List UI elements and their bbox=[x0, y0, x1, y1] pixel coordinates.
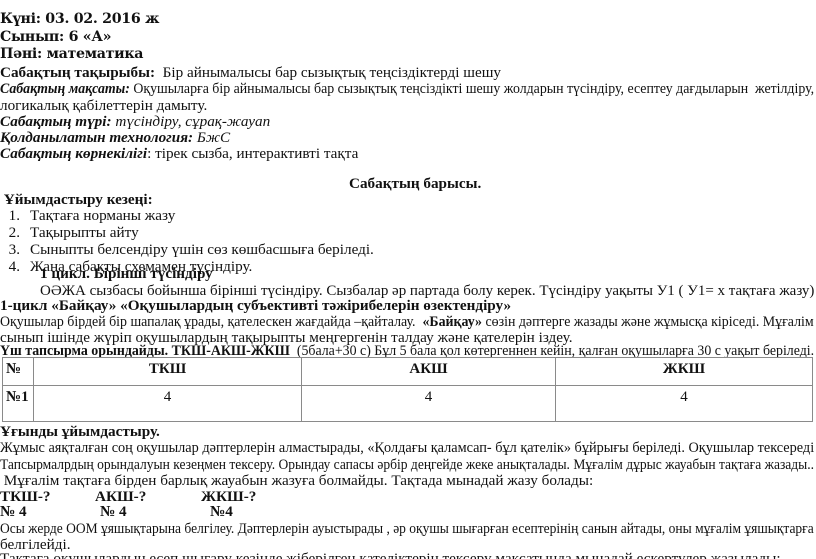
header-cell-zhksh: ЖКШ bbox=[556, 358, 813, 386]
tech-value: БжС bbox=[193, 129, 230, 146]
visual-line: Сабақтың көрнекілігі: тірек сызба, интер… bbox=[0, 145, 358, 162]
org-stage-title: Ұйымдастыру кезеңі: bbox=[0, 191, 153, 208]
tech-label: Қолданылатын технология: bbox=[0, 129, 193, 146]
observe-text: Оқушылар бірдей бір шапалақ ұрады, қател… bbox=[0, 313, 814, 330]
review-title: Ұғынды ұйымдастыру. bbox=[0, 423, 160, 440]
review-p4: Осы жерде ООМ ұяшықтарына белгілеу. Дәпт… bbox=[0, 520, 814, 537]
zhksh-cell: 4 bbox=[556, 386, 813, 422]
goal-value: Оқушыларға бір айнымалысы бар сызықтық т… bbox=[130, 80, 814, 97]
type-value: түсіндіру, сұрақ-жауап bbox=[112, 113, 271, 130]
cycle1-title: 1 цикл. Бірінші түсіндіру bbox=[40, 265, 213, 282]
topic-line: Сабақтың тақырыбы: Бір айнымалысы бар сы… bbox=[0, 64, 501, 81]
date-line: Күні: 03. 02. 2016 ж bbox=[0, 11, 159, 28]
goal-line: Сабақтың мақсаты: Оқушыларға бір айнымал… bbox=[0, 80, 814, 97]
observe-title: 1-цикл «Байқау» «Оқушылардың субъективті… bbox=[0, 297, 511, 314]
review-p3: Мұғалім тақтаға бірден барлық жауабын жа… bbox=[0, 472, 593, 489]
review-p5: Тақтаға оқушылардың есеп шығару кезінде … bbox=[0, 550, 781, 559]
goal-label: Сабақтың мақсаты: bbox=[0, 80, 130, 97]
visual-label: Сабақтың көрнекілігі bbox=[0, 145, 147, 162]
table-header-row: № ТКШ АКШ ЖКШ bbox=[3, 358, 813, 386]
step-text: Сыныпты белсендіру үшін сөз көшбасшыға б… bbox=[30, 241, 374, 258]
observe-text-a: Оқушылар бірдей бір шапалақ ұрады, қател… bbox=[0, 313, 422, 330]
lesson-heading: Сабақтың барысы. bbox=[349, 175, 481, 192]
topic-label: Сабақтың тақырыбы: bbox=[0, 64, 155, 81]
board-value-aksh: № 4 bbox=[100, 503, 127, 520]
row-number-cell: №1 bbox=[3, 386, 34, 422]
step-number: 3. bbox=[0, 241, 20, 258]
step-text: Тақтаға норманы жазу bbox=[30, 207, 175, 224]
topic-value: Бір айнымалысы бар сызықтық теңсіздіктер… bbox=[155, 64, 501, 81]
review-p1: Жұмыс аяқталған соң оқушылар дәптерлерін… bbox=[0, 439, 814, 456]
tech-line: Қолданылатын технология: БжС bbox=[0, 129, 230, 146]
step-text: Тақырыпты айту bbox=[30, 224, 139, 241]
board-value-tksh: № 4 bbox=[0, 503, 27, 520]
observe-text-b: сөзін дәптерге жазады және жұмысқа кіріс… bbox=[482, 313, 814, 330]
step-item: 1.Тақтаға норманы жазу bbox=[0, 207, 175, 224]
header-cell-number: № bbox=[3, 358, 34, 386]
board-value-zhksh: №4 bbox=[210, 503, 233, 520]
subject-line: Пәні: математика bbox=[0, 46, 143, 63]
tasks-table: № ТКШ АКШ ЖКШ №1 4 4 4 bbox=[2, 357, 813, 422]
step-item: 3.Сыныпты белсендіру үшін сөз көшбасшыға… bbox=[0, 241, 374, 258]
type-line: Сабақтың түрі: түсіндіру, сұрақ-жауап bbox=[0, 113, 270, 130]
aksh-cell: 4 bbox=[302, 386, 556, 422]
class-line: Сынып: 6 «А» bbox=[0, 29, 111, 46]
type-label: Сабақтың түрі: bbox=[0, 113, 112, 130]
visual-value: : тірек сызба, интерактивті тақта bbox=[147, 145, 358, 162]
step-number: 1. bbox=[0, 207, 20, 224]
step-item: 2.Тақырыпты айту bbox=[0, 224, 139, 241]
table-row: №1 4 4 4 bbox=[3, 386, 813, 422]
goal-line-cont: логикалық қабілеттерін дамыту. bbox=[0, 97, 207, 114]
observe-text-bold: «Байқау» bbox=[422, 313, 482, 330]
header-cell-tksh: ТКШ bbox=[34, 358, 302, 386]
tksh-cell: 4 bbox=[34, 386, 302, 422]
review-p2: Тапсырмалрдың орындалуын кезеңмен тексер… bbox=[0, 456, 814, 473]
step-number: 2. bbox=[0, 224, 20, 241]
step-number: 4. bbox=[0, 258, 20, 275]
header-cell-aksh: АКШ bbox=[302, 358, 556, 386]
